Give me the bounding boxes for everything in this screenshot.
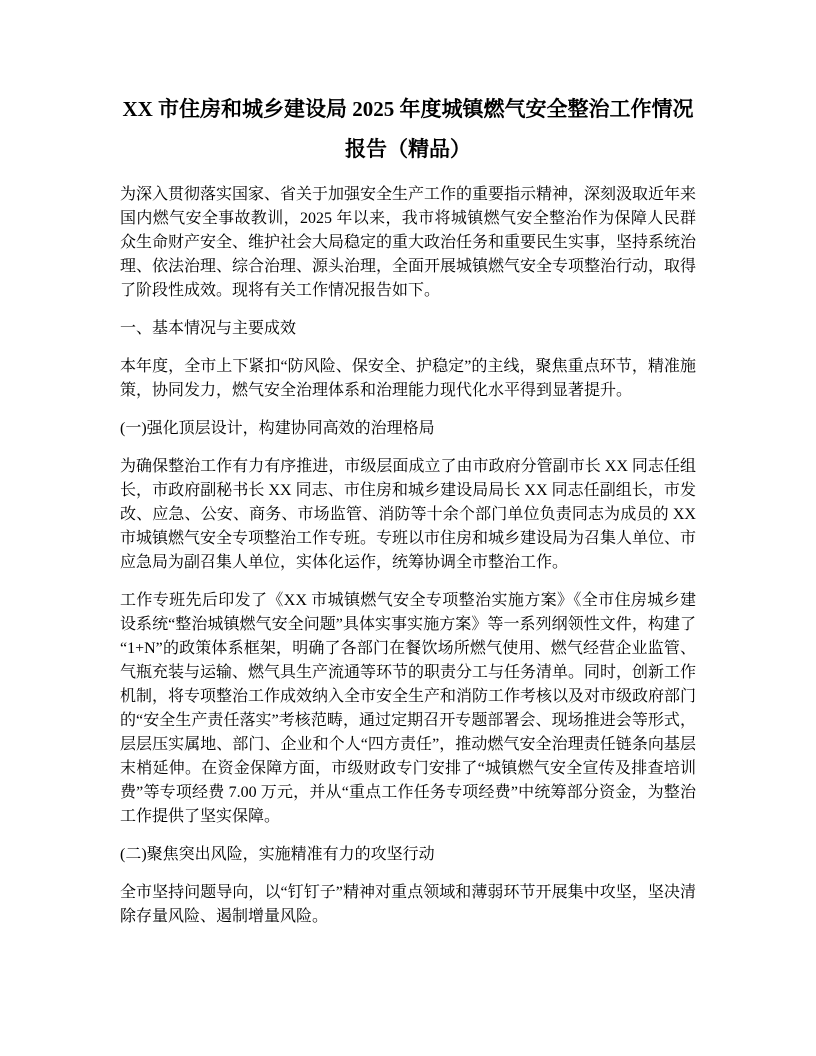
paragraph-problem-oriented-action: 全市坚持问题导向，以“钉钉子”精神对重点领域和薄弱环节开展集中攻坚，坚决清除存量… [120, 881, 696, 929]
paragraph-overview: 本年度，全市上下紧扣“防风险、保安全、护稳定”的主线，聚焦重点环节，精准施策，协… [120, 355, 696, 403]
paragraph-work-taskforce-setup: 为确保整治工作有力有序推进，市级层面成立了由市政府分管副市长 XX 同志任组长，… [120, 455, 696, 575]
document-title: XX 市住房和城乡建设局 2025 年度城镇燃气安全整治工作情况报告（精品） [120, 89, 696, 169]
subsection-heading-focus-risks: (二)聚焦突出风险，实施精准有力的攻坚行动 [120, 843, 696, 867]
section-heading-basic-situation: 一、基本情况与主要成效 [120, 317, 696, 341]
paragraph-policy-framework-funding: 工作专班先后印发了《XX 市城镇燃气安全专项整治实施方案》《全市住房城乡建设系统… [120, 589, 696, 829]
intro-paragraph: 为深入贯彻落实国家、省关于加强安全生产工作的重要指示精神，深刻汲取近年来国内燃气… [120, 183, 696, 303]
document-page: XX 市住房和城乡建设局 2025 年度城镇燃气安全整治工作情况报告（精品） 为… [0, 0, 816, 1056]
subsection-heading-top-level-design: (一)强化顶层设计，构建协同高效的治理格局 [120, 417, 696, 441]
